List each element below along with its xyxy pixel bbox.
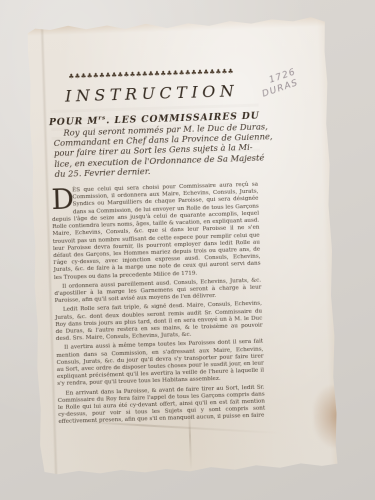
body-text: DÈS que celui qui sera choisi pour Commi… xyxy=(51,182,265,427)
drop-cap: D xyxy=(51,189,71,211)
body-paragraph: Ledit Rolle sera fait triple, & signé de… xyxy=(55,301,263,343)
body-paragraph: En arrivant dans la Paroisse, & avant de… xyxy=(57,384,265,426)
pencil-annotation: 1726 DURAS xyxy=(257,67,301,100)
subtitle-block: Roy qui seront nommés par M. le Duc de D… xyxy=(53,122,258,179)
printed-text-block: ♣♣♣♣♣♣♣♣♣♣♣♣♣♣♣♣♣♣♣♣♣♣♣♣♣♣♣ INSTRUCTION … xyxy=(47,66,265,427)
paragraph-text: ÈS que celui qui sera choisi pour Commis… xyxy=(52,182,261,281)
document-paper: 1726 DURAS ♣♣♣♣♣♣♣♣♣♣♣♣♣♣♣♣♣♣♣♣♣♣♣♣♣♣♣ I… xyxy=(26,15,340,476)
age-stain xyxy=(312,385,342,448)
photo-backdrop: 1726 DURAS ♣♣♣♣♣♣♣♣♣♣♣♣♣♣♣♣♣♣♣♣♣♣♣♣♣♣♣ I… xyxy=(0,0,375,500)
body-paragraph: Il avertira aussi à même temps toutes le… xyxy=(56,339,264,389)
fleuron-ornament-border: ♣♣♣♣♣♣♣♣♣♣♣♣♣♣♣♣♣♣♣♣♣♣♣♣♣♣♣ xyxy=(47,66,254,82)
body-paragraph: DÈS que celui qui sera choisi pour Commi… xyxy=(51,182,261,282)
document-title: INSTRUCTION xyxy=(48,81,256,107)
